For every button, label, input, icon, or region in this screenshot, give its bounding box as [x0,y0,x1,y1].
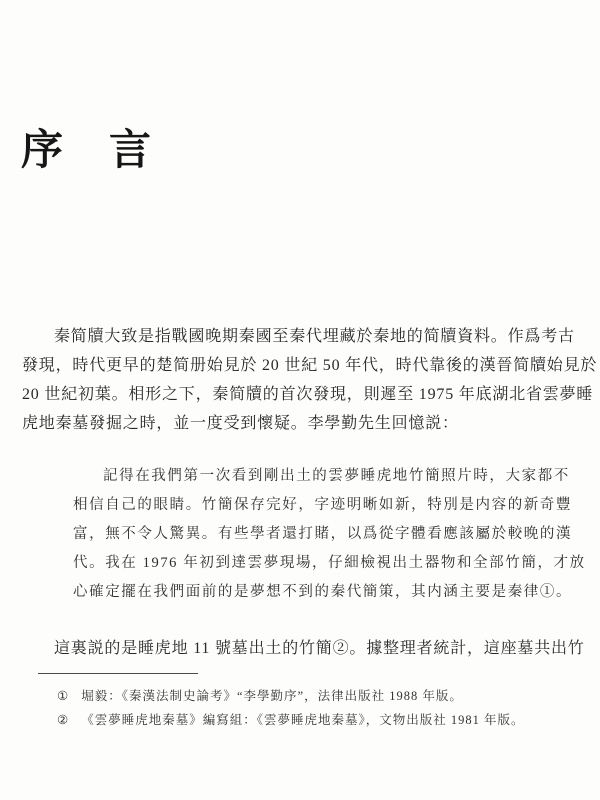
paragraph-1: 秦简牘大致是指戰國晚期秦國至秦代埋藏於秦地的简牘資料。作爲考古 發現，時代更早的… [22,322,576,438]
footnote-1-text: 堀毅：《秦漢法制史論考》“李學勤序”，法律出版社 1988 年版。 [81,689,463,703]
footnote-1-marker: ① [57,688,69,704]
quote-line: 心確定擺在我們面前的是夢想不到的秦代簡策，其内涵主要是秦律①。 [73,578,557,607]
paragraph-2: 這裏説的是睡虎地 11 號墓出土的竹簡②。據整理者統計，這座墓共出竹 [22,634,576,663]
footnote-1: ①堀毅：《秦漢法制史論考》“李學勤序”，法律出版社 1988 年版。 [57,686,463,704]
quote-line: 記得在我們第一次看到剛出土的雲夢睡虎地竹簡照片時，大家都不 [73,462,557,491]
text-line: 20 世紀初葉。相形之下，秦简牘的首次發現，則遲至 1975 年底湖北省雲夢睡 [22,380,576,409]
quote-line: 富，無不令人驚異。有些學者還打賭，以爲從字體看應該屬於較晚的漢 [73,520,557,549]
footnote-2-marker: ② [57,712,69,728]
book-page: 序 言 秦简牘大致是指戰國晚期秦國至秦代埋藏於秦地的简牘資料。作爲考古 發現，時… [0,0,600,800]
text-line: 發現，時代更早的楚简册始見於 20 世紀 50 年代，時代靠後的漢晉简牘始見於 [22,351,576,380]
text-line: 這裏説的是睡虎地 11 號墓出土的竹簡②。據整理者統計，這座墓共出竹 [22,634,576,663]
text-line: 虎地秦墓發掘之時，並一度受到懷疑。李學勤先生回憶説： [22,409,576,438]
quote-line: 代。我在 1976 年初到達雲夢現場，仔細檢視出土器物和全部竹簡，才放 [73,549,557,578]
page-title: 序 言 [21,126,153,176]
footnote-2-text: 《雲夢睡虎地秦墓》編寫組：《雲夢睡虎地秦墓》，文物出版社 1981 年版。 [81,713,524,727]
text-line: 秦简牘大致是指戰國晚期秦國至秦代埋藏於秦地的简牘資料。作爲考古 [22,322,576,351]
footnote-2: ②《雲夢睡虎地秦墓》編寫組：《雲夢睡虎地秦墓》，文物出版社 1981 年版。 [57,710,524,728]
footnote-divider [38,673,198,674]
quote-line: 相信自己的眼睛。竹簡保存完好，字迹明晰如新，特別是内容的新奇豐 [73,491,557,520]
blockquote: 記得在我們第一次看到剛出土的雲夢睡虎地竹簡照片時，大家都不 相信自己的眼睛。竹簡… [73,462,557,607]
